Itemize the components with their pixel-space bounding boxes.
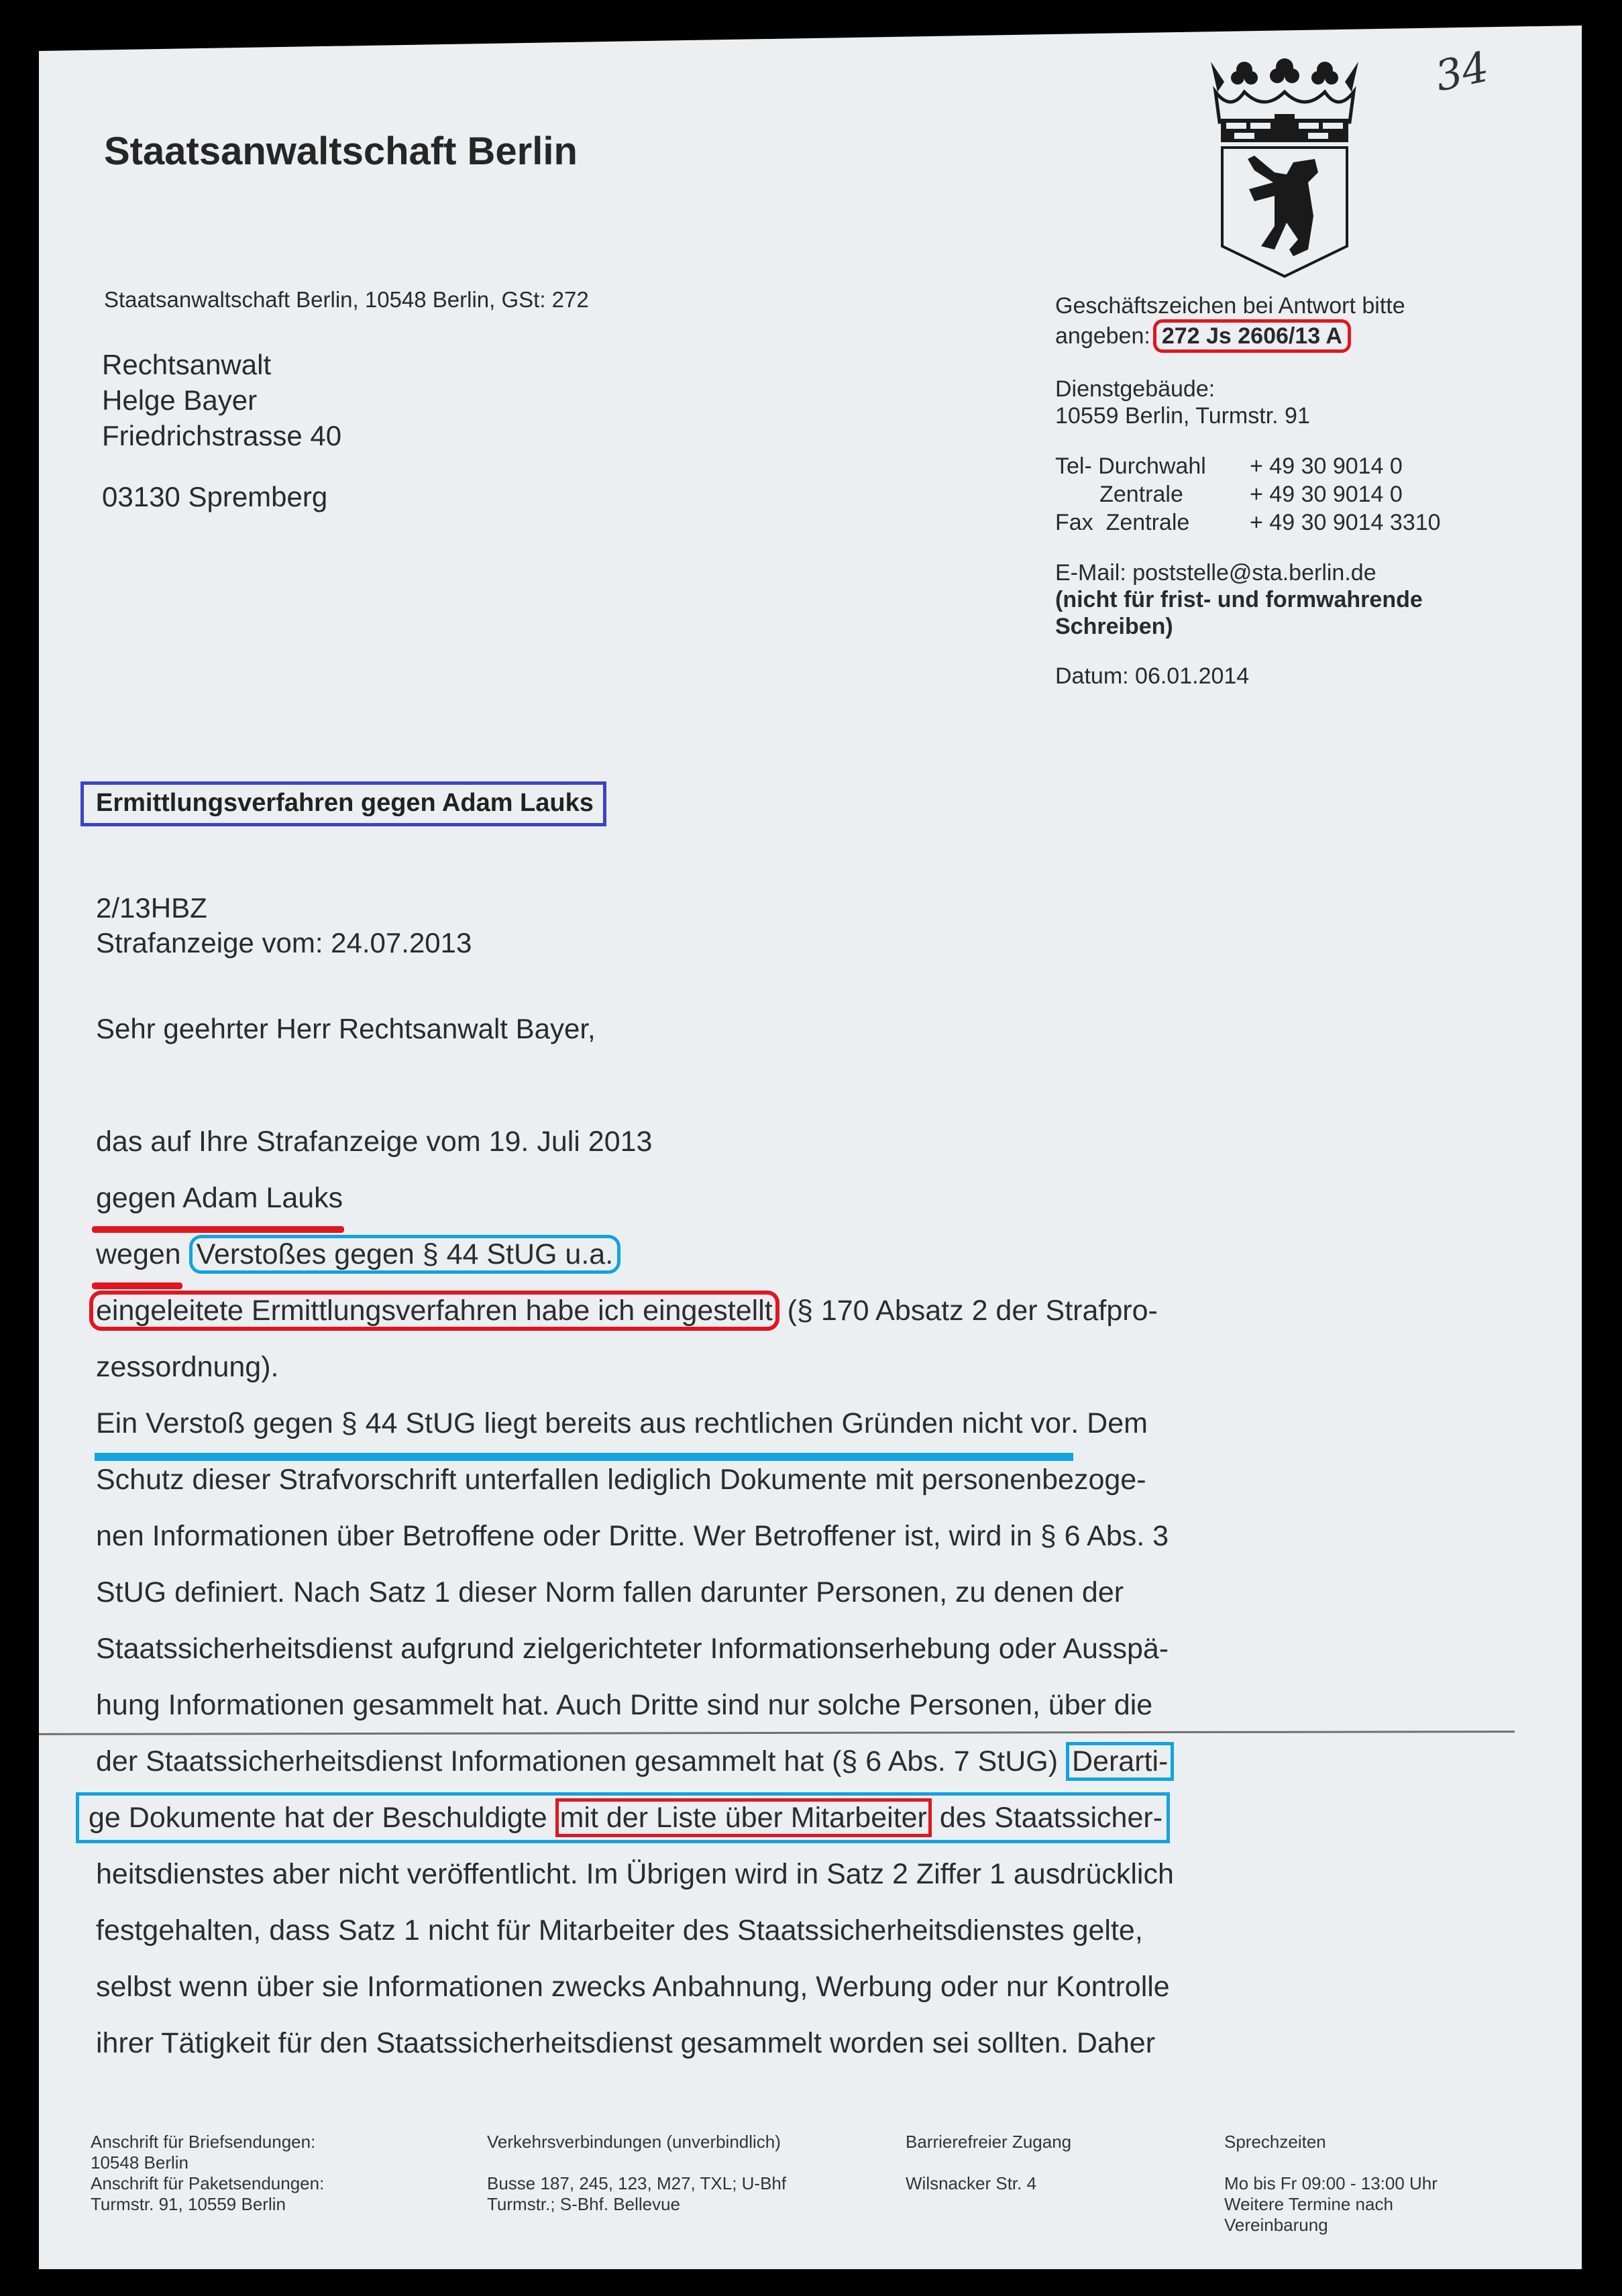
footer-hours-2: Weitere Termine nach: [1224, 2194, 1438, 2215]
recipient-street: Friedrichstrasse 40: [102, 418, 341, 453]
footer-hours: Sprechzeiten Mo bis Fr 09:00 - 13:00 Uhr…: [1224, 2132, 1438, 2236]
body-line: ihrer Tätigkeit für den Staatssicherheit…: [96, 2015, 1174, 2071]
salutation: Sehr geehrter Herr Rechtsanwalt Bayer,: [96, 1013, 596, 1045]
footer-access-address: Wilsnacker Str. 4: [906, 2173, 1071, 2194]
reference-label: Geschäftszeichen bei Antwort bitte: [1055, 292, 1441, 319]
footer-addresses: Anschrift für Briefsendungen: 10548 Berl…: [91, 2132, 324, 2215]
phone-number: + 49 30 9014 0: [1250, 452, 1441, 480]
footer-transport-1: Busse 187, 245, 123, M27, TXL; U-Bhf: [487, 2173, 786, 2194]
subject-line: Ermittlungsverfahren gegen Adam Lauks: [80, 781, 606, 826]
highlight-discontinued: eingeleitete Ermittlungsverfahren habe i…: [89, 1291, 779, 1331]
building-label: Dienstgebäude:: [1055, 376, 1441, 402]
recipient-title: Rechtsanwalt: [102, 347, 341, 382]
footer-parcel-label: Anschrift für Paketsendungen:: [91, 2173, 324, 2194]
phone-label: Zentrale: [1055, 480, 1250, 508]
complaint-date: Strafanzeige vom: 24.07.2013: [96, 926, 472, 961]
phone-label: Fax Zentrale: [1055, 508, 1250, 537]
footer-hours-label: Sprechzeiten: [1224, 2132, 1438, 2152]
footer-transport: Verkehrsverbindungen (unverbindlich) Bus…: [487, 2132, 786, 2215]
phone-label: Tel- Durchwahl: [1055, 452, 1250, 480]
body-line: hung Informationen gesammelt hat. Auch D…: [96, 1677, 1174, 1733]
reference-label-2: angeben:: [1055, 323, 1150, 349]
fax-number: + 49 30 9014 3310: [1250, 508, 1441, 537]
footer-parcel-address: Turmstr. 91, 10559 Berlin: [91, 2194, 324, 2215]
body-line: nen Informationen über Betroffene oder D…: [96, 1508, 1174, 1564]
recipient-name: Helge Bayer: [102, 382, 341, 418]
phone-number: + 49 30 9014 0: [1250, 480, 1441, 508]
footer-access-label: Barrierefreier Zugang: [906, 2132, 1071, 2152]
email-line: E-Mail: poststelle@sta.berlin.de: [1055, 559, 1441, 586]
body-text: der Staatssicherheitsdienst Informatione…: [96, 1745, 1058, 1778]
body-line: StUG definiert. Nach Satz 1 dieser Norm …: [96, 1564, 1174, 1621]
footer-hours-1: Mo bis Fr 09:00 - 13:00 Uhr: [1224, 2173, 1438, 2194]
body-line: festgehalten, dass Satz 1 nicht für Mita…: [96, 1902, 1174, 1959]
sender-line: Staatsanwaltschaft Berlin, 10548 Berlin,…: [104, 287, 589, 313]
body-text: . Dem: [1071, 1407, 1148, 1439]
highlight-charge: Verstoßes gegen § 44 StUG u.a.: [189, 1235, 620, 1274]
highlight-derartige: Derarti-: [1066, 1742, 1174, 1781]
underlined-wegen: wegen: [96, 1226, 181, 1282]
body-line: heitsdienstes aber nicht veröffentlicht.…: [96, 1846, 1174, 1902]
file-code: 2/13HBZ: [96, 891, 472, 926]
email-note: (nicht für frist- und formwahrende: [1055, 586, 1441, 613]
building-address: 10559 Berlin, Turmstr. 91: [1055, 402, 1441, 429]
footer-mail-address: 10548 Berlin: [91, 2152, 324, 2173]
org-title: Staatsanwaltschaft Berlin: [104, 129, 578, 174]
body-line: selbst wenn über sie Informationen zweck…: [96, 1959, 1174, 2015]
berlin-bear-crest-icon: [1207, 55, 1362, 280]
info-block: Geschäftszeichen bei Antwort bitte angeb…: [1055, 292, 1441, 690]
footer-mail-label: Anschrift für Briefsendungen:: [91, 2132, 324, 2152]
letter-date: Datum: 06.01.2014: [1055, 663, 1441, 690]
footer-transport-2: Turmstr.; S-Bhf. Bellevue: [487, 2194, 786, 2215]
letter-body: das auf Ihre Strafanzeige vom 19. Juli 2…: [96, 1113, 1174, 2071]
reference-lines: 2/13HBZ Strafanzeige vom: 24.07.2013: [96, 891, 472, 961]
highlight-employee-list: mit der Liste über Mitarbeiter: [555, 1798, 932, 1837]
footer-transport-label: Verkehrsverbindungen (unverbindlich): [487, 2132, 786, 2152]
email-note-2: Schreiben): [1055, 613, 1441, 640]
recipient-city: 03130 Spremberg: [102, 479, 341, 514]
body-line: Staatssicherheitsdienst aufgrund zielger…: [96, 1621, 1174, 1677]
underlined-accused: gegen Adam Lauks: [96, 1170, 343, 1226]
body-line: zessordnung).: [96, 1339, 1174, 1395]
underlined-legal-reason: Ein Verstoß gegen § 44 StUG liegt bereit…: [96, 1395, 1071, 1452]
body-text: (§ 170 Absatz 2 der Strafpro-: [788, 1295, 1158, 1327]
body-line: das auf Ihre Strafanzeige vom 19. Juli 2…: [96, 1113, 1174, 1170]
highlight-documents-sentence: ge Dokumente hat der Beschuldigte mit de…: [76, 1792, 1170, 1843]
phone-list: Tel- Durchwahl+ 49 30 9014 0 Zentrale+ 4…: [1055, 452, 1441, 537]
footer-access: Barrierefreier Zugang Wilsnacker Str. 4: [906, 2132, 1071, 2194]
footer-hours-3: Vereinbarung: [1224, 2215, 1438, 2236]
reference-number: 272 Js 2606/13 A: [1153, 319, 1351, 353]
recipient-address: Rechtsanwalt Helge Bayer Friedrichstrass…: [102, 347, 341, 514]
